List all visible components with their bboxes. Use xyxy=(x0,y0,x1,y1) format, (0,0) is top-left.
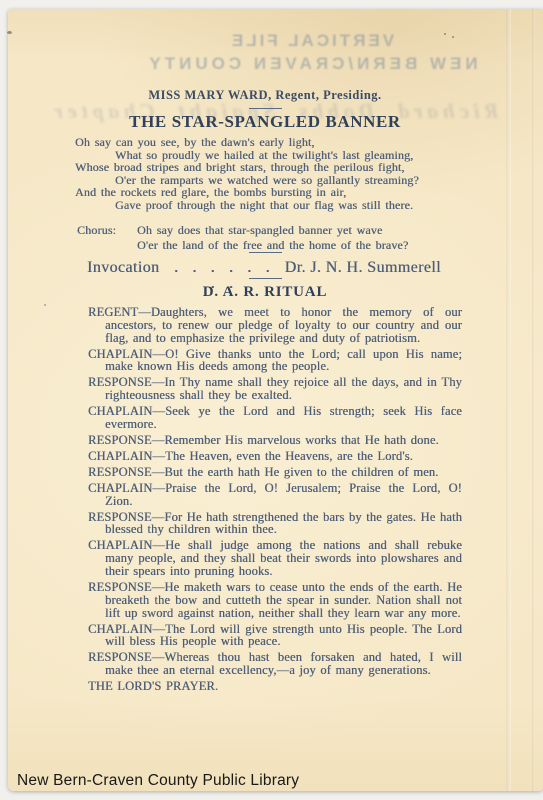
ritual-item: CHAPLAIN—The Lord will give strength unt… xyxy=(70,623,462,649)
scanned-program-page: VERTICAL FILE NEW BERN/CRAVEN COUNTY Ric… xyxy=(0,0,543,800)
anthem-chorus: Chorus: Oh say does that star-spangled b… xyxy=(77,224,497,252)
paper-speck xyxy=(44,304,46,306)
bleedthrough-stamp: VERTICAL FILE NEW BERN/CRAVEN COUNTY xyxy=(80,31,543,74)
ritual-item: RESPONSE—Remember His marvelous works th… xyxy=(70,434,462,447)
ritual-text: Remember His marvelous works that He hat… xyxy=(164,433,438,447)
ritual-item: RESPONSE—But the earth hath He given to … xyxy=(70,466,462,479)
ritual-list: REGENT—Daughters, we meet to honor the m… xyxy=(70,306,462,696)
ritual-item: CHAPLAIN—O! Give thanks unto the Lord; c… xyxy=(70,348,462,374)
ritual-speaker: RESPONSE xyxy=(88,465,152,479)
ritual-item: RESPONSE—He maketh wars to cease unto th… xyxy=(70,581,462,619)
chorus-text-1: Oh say does that star-spangled banner ye… xyxy=(137,224,382,237)
ritual-title: D. A. R. RITUAL xyxy=(70,284,460,301)
bleedthrough-blackletter-title: Richard Dobbs Spaight Chapter xyxy=(28,99,520,124)
bleedthrough-stamp-line1: VERTICAL FILE xyxy=(80,31,543,51)
ritual-dash: — xyxy=(152,481,165,495)
ritual-item: CHAPLAIN—He shall judge among the nation… xyxy=(70,539,462,577)
ritual-text: Daughters, we meet to honor the memory o… xyxy=(105,305,462,345)
invocation-name: Dr. J. N. H. Summerell xyxy=(285,259,441,277)
invocation-label: Invocation xyxy=(87,259,159,277)
chorus-label: Chorus: xyxy=(77,224,137,237)
ritual-text: But the earth hath He given to the child… xyxy=(164,465,438,479)
paper-speck xyxy=(7,31,12,34)
chorus-line-1: Chorus: Oh say does that star-spangled b… xyxy=(77,224,497,237)
verse-line: Gave proof through the night that our fl… xyxy=(75,199,495,212)
library-attribution: New Bern-Craven County Public Library xyxy=(17,772,299,790)
ritual-item: RESPONSE—In Thy name shall they rejoice … xyxy=(70,376,462,402)
ritual-dash: — xyxy=(152,465,165,479)
page-content: VERTICAL FILE NEW BERN/CRAVEN COUNTY Ric… xyxy=(0,0,543,800)
ritual-item: THE LORD'S PRAYER. xyxy=(70,680,462,693)
chorus-line-2: O'er the land of the free and the home o… xyxy=(77,239,497,252)
anthem-verse: Oh say can you see, by the dawn's early … xyxy=(75,136,495,212)
ritual-text: THE LORD'S PRAYER. xyxy=(88,679,218,693)
ritual-item: CHAPLAIN—Seek ye the Lord and His streng… xyxy=(70,405,462,431)
divider-rule xyxy=(249,252,282,253)
ritual-item: REGENT—Daughters, we meet to honor the m… xyxy=(70,306,462,344)
ritual-item: RESPONSE—Whereas thou hast been forsaken… xyxy=(70,651,462,677)
ritual-item: CHAPLAIN—The Heaven, even the Heavens, a… xyxy=(70,450,462,463)
ritual-item: CHAPLAIN—Praise the Lord, O! Jerusalem; … xyxy=(70,482,462,508)
ritual-speaker: RESPONSE xyxy=(88,433,152,447)
ritual-speaker: CHAPLAIN xyxy=(88,449,152,463)
ritual-text: The Heaven, even the Heavens, are the Lo… xyxy=(165,449,413,463)
ritual-dash: — xyxy=(152,449,165,463)
ritual-dash: — xyxy=(152,433,165,447)
ritual-item: RESPONSE—For He hath strengthened the ba… xyxy=(70,511,462,537)
divider-rule xyxy=(249,278,282,279)
verse-line-text: Gave proof through the night that our fl… xyxy=(115,198,413,212)
bleedthrough-stamp-line2: NEW BERN/CRAVEN COUNTY xyxy=(80,54,543,74)
